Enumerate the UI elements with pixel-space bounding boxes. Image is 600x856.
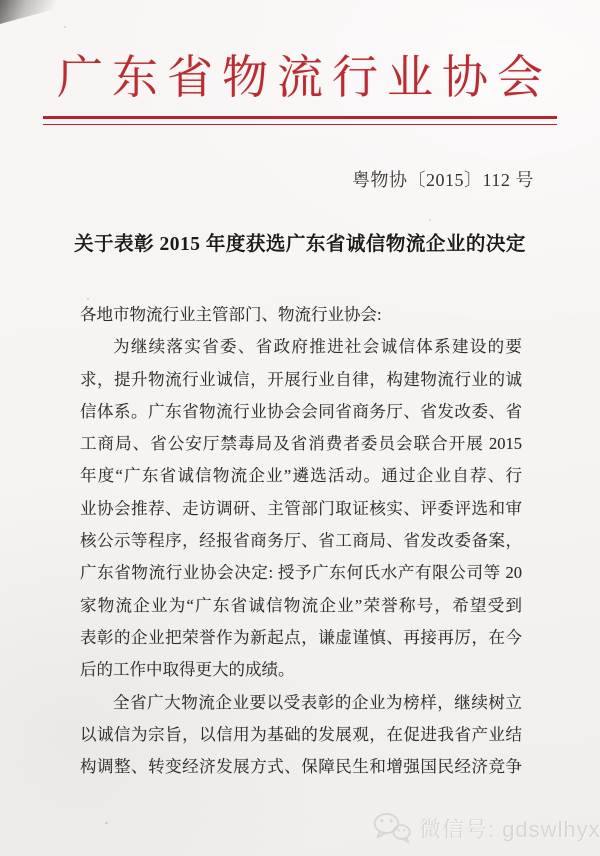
document-body: 各地市物流行业主管部门、物流行业协会: 为继续落实省委、省政府推进社会诚信体系建… — [80, 299, 522, 783]
body-text-line: 广东省物流行业协会决定: 授予广东何氏水产有限公司等 20 — [80, 557, 522, 589]
body-text-line: 后的工作中取得更大的成绩。 — [80, 654, 522, 686]
scan-speck — [429, 219, 431, 221]
body-text-line: 构调整、转变经济发展方式、保障民生和增强国民经济竞争 — [80, 751, 522, 783]
body-text-line: 业协会推荐、走访调研、主管部门取证核实、评委评选和审 — [80, 493, 522, 525]
wechat-id-text: 微信号: gdswlhyxh — [419, 813, 600, 844]
body-text-line: 年度“广东省诚信物流企业”遴选活动。通过企业自荐、行 — [80, 460, 522, 492]
body-text-line: 以诚信为宗旨，以信用为基础的发展观，在促进我省产业结 — [80, 719, 522, 751]
salutation-line: 各地市物流行业主管部门、物流行业协会: — [80, 299, 522, 331]
header-divider-double-rule — [43, 116, 557, 125]
paragraphs: 为继续落实省委、省政府推进社会诚信体系建设的要求，提升物流行业诚信，开展行业自律… — [80, 331, 522, 783]
body-text-line: 求，提升物流行业诚信，开展行业自律，构建物流行业的诚 — [80, 364, 522, 396]
scanned-document-page: 广东省物流行业协会 粤物协〔2015〕112 号 关于表彰 2015 年度获选广… — [0, 0, 600, 856]
body-text-line: 为继续落实省委、省政府推进社会诚信体系建设的要 — [80, 331, 522, 363]
body-text-line: 核公示等程序，经报省商务厅、省工商局、省发改委备案， — [80, 525, 522, 557]
body-text-line: 家物流企业为“广东省诚信物流企业”荣誉称号，希望受到 — [80, 590, 522, 622]
body-text-line: 表彰的企业把荣誉作为新起点，谦虚谨慎、再接再厉，在今 — [80, 622, 522, 654]
document-number: 粤物协〔2015〕112 号 — [352, 167, 534, 193]
scan-speck — [64, 26, 66, 28]
divider-line-top — [43, 116, 557, 119]
body-text-line: 全省广大物流企业要以受表彰的企业为榜样，继续树立 — [80, 687, 522, 719]
body-text-line: 工商局、省公安厅禁毒局及省消费者委员会联合开展 2015 — [80, 428, 522, 460]
document-title: 关于表彰 2015 年度获选广东省诚信物流企业的决定 — [0, 231, 600, 259]
divider-line-bottom — [43, 124, 557, 126]
org-name-header: 广东省物流行业协会 — [0, 52, 600, 104]
wechat-icon — [372, 811, 412, 845]
body-text-line: 信体系。广东省物流行业协会会同省商务厅、省发改委、省 — [80, 396, 522, 428]
scan-corner-artifact — [0, 0, 88, 24]
scan-speck — [105, 822, 108, 824]
wechat-watermark: 微信号: gdswlhyxh — [372, 809, 600, 847]
